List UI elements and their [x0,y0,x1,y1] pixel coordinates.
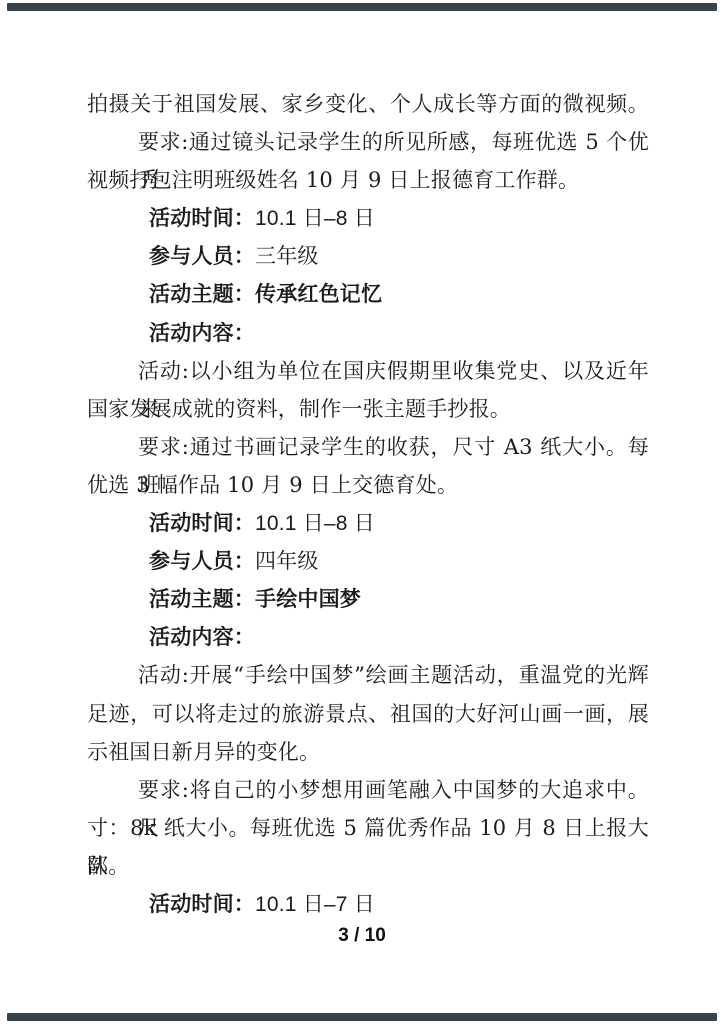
text-line: 活动内容： [87,618,649,656]
text-line: 活动主题：手绘中国梦 [87,580,649,618]
field-label: 活动内容： [149,624,255,649]
text-line: 部。 [87,847,649,885]
text-line: 活动时间：10.1 日–8 日 [87,199,649,237]
text-line: 国家发展成就的资料，制作一张主题手抄报。 [87,390,649,428]
text-segment: 视频打包注明班级姓名 10 月 9 日上报德育工作群。 [87,168,579,192]
page-number: 3 / 10 [0,925,724,947]
field-label: 活动时间： [149,891,255,916]
text-line: 活动:以小组为单位在国庆假期里收集党史、以及近年来 [87,352,649,390]
text-line: 活动内容： [87,314,649,352]
text-line: 活动时间：10.1 日–8 日 [87,504,649,542]
text-line: 拍摄关于祖国发展、家乡变化、个人成长等方面的微视频。 [87,85,649,123]
text-segment: 活动:开展“手绘中国梦”绘画主题活动，重温党的光辉 [138,663,649,687]
page-bottom-border-bar [7,1013,717,1021]
text-segment: 部。 [87,854,129,878]
field-label: 活动时间： [149,205,255,230]
field-label: 活动内容： [149,320,255,345]
text-segment: 拍摄关于祖国发展、家乡变化、个人成长等方面的微视频。 [87,92,649,116]
text-line: 活动主题：传承红色记忆 [87,275,649,313]
text-line: 要求:通过书画记录学生的收获，尺寸 A3 纸大小。每班 [87,428,649,466]
text-line: 要求:将自己的小梦想用画笔融入中国梦的大追求中。尺 [87,771,649,809]
field-label: 手绘中国梦 [255,586,361,611]
text-line: 活动:开展“手绘中国梦”绘画主题活动，重温党的光辉 [87,656,649,694]
text-segment: 优选 3 幅作品 10 月 9 日上交德育处。 [87,473,458,497]
document-body: 拍摄关于祖国发展、家乡变化、个人成长等方面的微视频。要求:通过镜头记录学生的所见… [87,85,649,923]
text-segment: 国家发展成就的资料，制作一张主题手抄报。 [87,397,511,421]
text-line: 参与人员：三年级 [87,237,649,275]
text-segment: 10.1 日–8 日 [255,512,375,535]
text-line: 示祖国日新月异的变化。 [87,733,649,771]
text-segment: 三年级 [255,244,319,268]
text-line: 视频打包注明班级姓名 10 月 9 日上报德育工作群。 [87,161,649,199]
field-label: 活动时间： [149,510,255,535]
text-line: 寸：8k 纸大小。每班优选 5 篇优秀作品 10 月 8 日上报大队 [87,809,649,847]
field-label: 活动主题： [149,586,255,611]
text-line: 参与人员：四年级 [87,542,649,580]
text-line: 要求:通过镜头记录学生的所见所感，每班优选 5 个优秀 [87,123,649,161]
field-label: 活动主题： [149,281,255,306]
text-line: 活动时间：10.1 日–7 日 [87,885,649,923]
field-label: 参与人员： [149,243,255,268]
field-label: 参与人员： [149,548,255,573]
text-segment: 足迹，可以将走过的旅游景点、祖国的大好河山画一画，展 [87,702,649,726]
text-segment: 示祖国日新月异的变化。 [87,740,320,764]
field-label: 传承红色记忆 [255,281,382,306]
text-line: 优选 3 幅作品 10 月 9 日上交德育处。 [87,466,649,504]
text-line: 足迹，可以将走过的旅游景点、祖国的大好河山画一画，展 [87,695,649,733]
text-segment: 四年级 [255,549,319,573]
page-top-border-bar [7,3,717,11]
text-segment: 10.1 日–7 日 [255,893,375,916]
text-segment: 10.1 日–8 日 [255,207,375,230]
